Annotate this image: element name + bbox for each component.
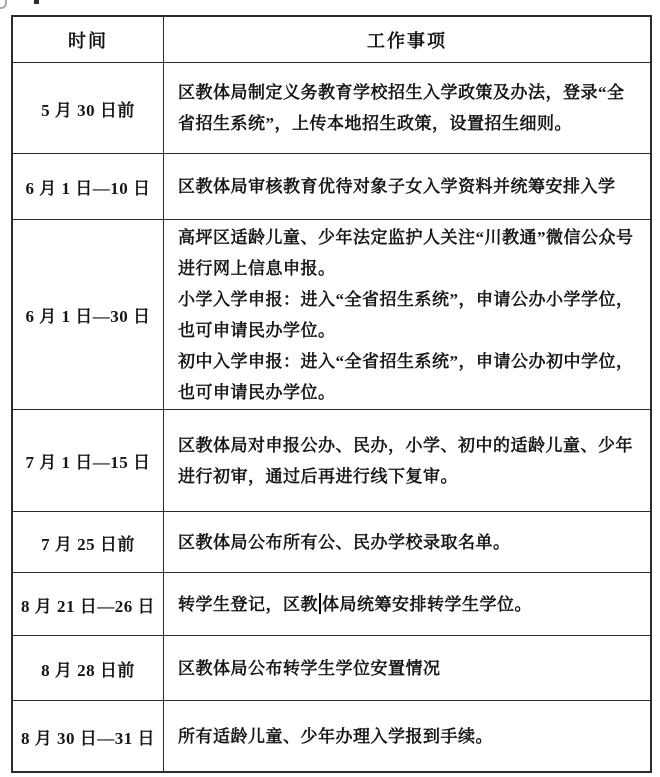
header-work-items: 工作事项 [164,17,650,62]
table-row: 8 月 21 日—26 日 转学生登记，区教体局统筹安排转学生学位。 [13,572,650,635]
task-text: 区教体局公布所有公、民办学校录取名单。 [178,527,511,558]
stray-mark [34,0,39,4]
task-cell[interactable]: 区教体局审核教育优待对象子女入学资料并统筹安排入学 [164,154,650,219]
table-row: 7 月 1 日—15 日 区教体局对申报公办、民办，小学、初中的适龄儿童、少年进… [13,409,650,511]
task-text-after-cursor: 体局统筹安排转学生学位。 [322,595,532,614]
time-cell[interactable]: 8 月 30 日—31 日 [13,701,164,771]
task-text: 区教体局审核教育优待对象子女入学资料并统筹安排入学 [178,171,616,202]
task-cell[interactable]: 区教体局公布转学生学位安置情况 [164,636,650,700]
table-row: 6 月 1 日—10 日 区教体局审核教育优待对象子女入学资料并统筹安排入学 [13,153,650,219]
time-cell[interactable]: 8 月 21 日—26 日 [13,573,164,635]
time-cell[interactable]: 6 月 1 日—30 日 [13,220,164,409]
task-text: 区教体局制定义务教育学校招生入学政策及办法，登录“全省招生系统”，上传本地招生政… [178,77,640,139]
task-text: 所有适龄儿童、少年办理入学报到手续。 [178,721,493,752]
cutoff-ui-chip [0,0,7,9]
time-cell[interactable]: 6 月 1 日—10 日 [13,154,164,219]
task-cell[interactable]: 区教体局公布所有公、民办学校录取名单。 [164,512,650,572]
time-cell[interactable]: 5 月 30 日前 [13,63,164,153]
task-text: 高坪区适龄儿童、少年法定监护人关注“川教通”微信公众号进行网上信息申报。 小学入… [178,222,640,408]
task-cell[interactable]: 高坪区适龄儿童、少年法定监护人关注“川教通”微信公众号进行网上信息申报。 小学入… [164,220,650,409]
table-row: 5 月 30 日前 区教体局制定义务教育学校招生入学政策及办法，登录“全省招生系… [13,62,650,153]
text-cursor[interactable] [319,593,321,614]
task-text: 区教体局对申报公办、民办，小学、初中的适龄儿童、少年进行初审，通过后再进行线下复… [178,430,640,492]
task-text: 转学生登记，区教体局统筹安排转学生学位。 [178,589,532,620]
header-time: 时间 [13,17,164,62]
table-row: 6 月 1 日—30 日 高坪区适龄儿童、少年法定监护人关注“川教通”微信公众号… [13,219,650,409]
task-text-before-cursor: 转学生登记，区教 [178,595,318,614]
task-cell[interactable]: 区教体局制定义务教育学校招生入学政策及办法，登录“全省招生系统”，上传本地招生政… [164,63,650,153]
table-row: 7 月 25 日前 区教体局公布所有公、民办学校录取名单。 [13,511,650,572]
table-header-row: 时间 工作事项 [13,17,650,62]
task-cell[interactable]: 转学生登记，区教体局统筹安排转学生学位。 [164,573,650,635]
time-cell[interactable]: 7 月 25 日前 [13,512,164,572]
enrollment-schedule-table: 时间 工作事项 5 月 30 日前 区教体局制定义务教育学校招生入学政策及办法，… [11,15,652,773]
table-row: 8 月 30 日—31 日 所有适龄儿童、少年办理入学报到手续。 [13,700,650,771]
task-cell[interactable]: 所有适龄儿童、少年办理入学报到手续。 [164,701,650,771]
table-row: 8 月 28 日前 区教体局公布转学生学位安置情况 [13,635,650,700]
task-cell[interactable]: 区教体局对申报公办、民办，小学、初中的适龄儿童、少年进行初审，通过后再进行线下复… [164,410,650,511]
time-cell[interactable]: 8 月 28 日前 [13,636,164,700]
time-cell[interactable]: 7 月 1 日—15 日 [13,410,164,511]
task-text: 区教体局公布转学生学位安置情况 [178,653,441,684]
